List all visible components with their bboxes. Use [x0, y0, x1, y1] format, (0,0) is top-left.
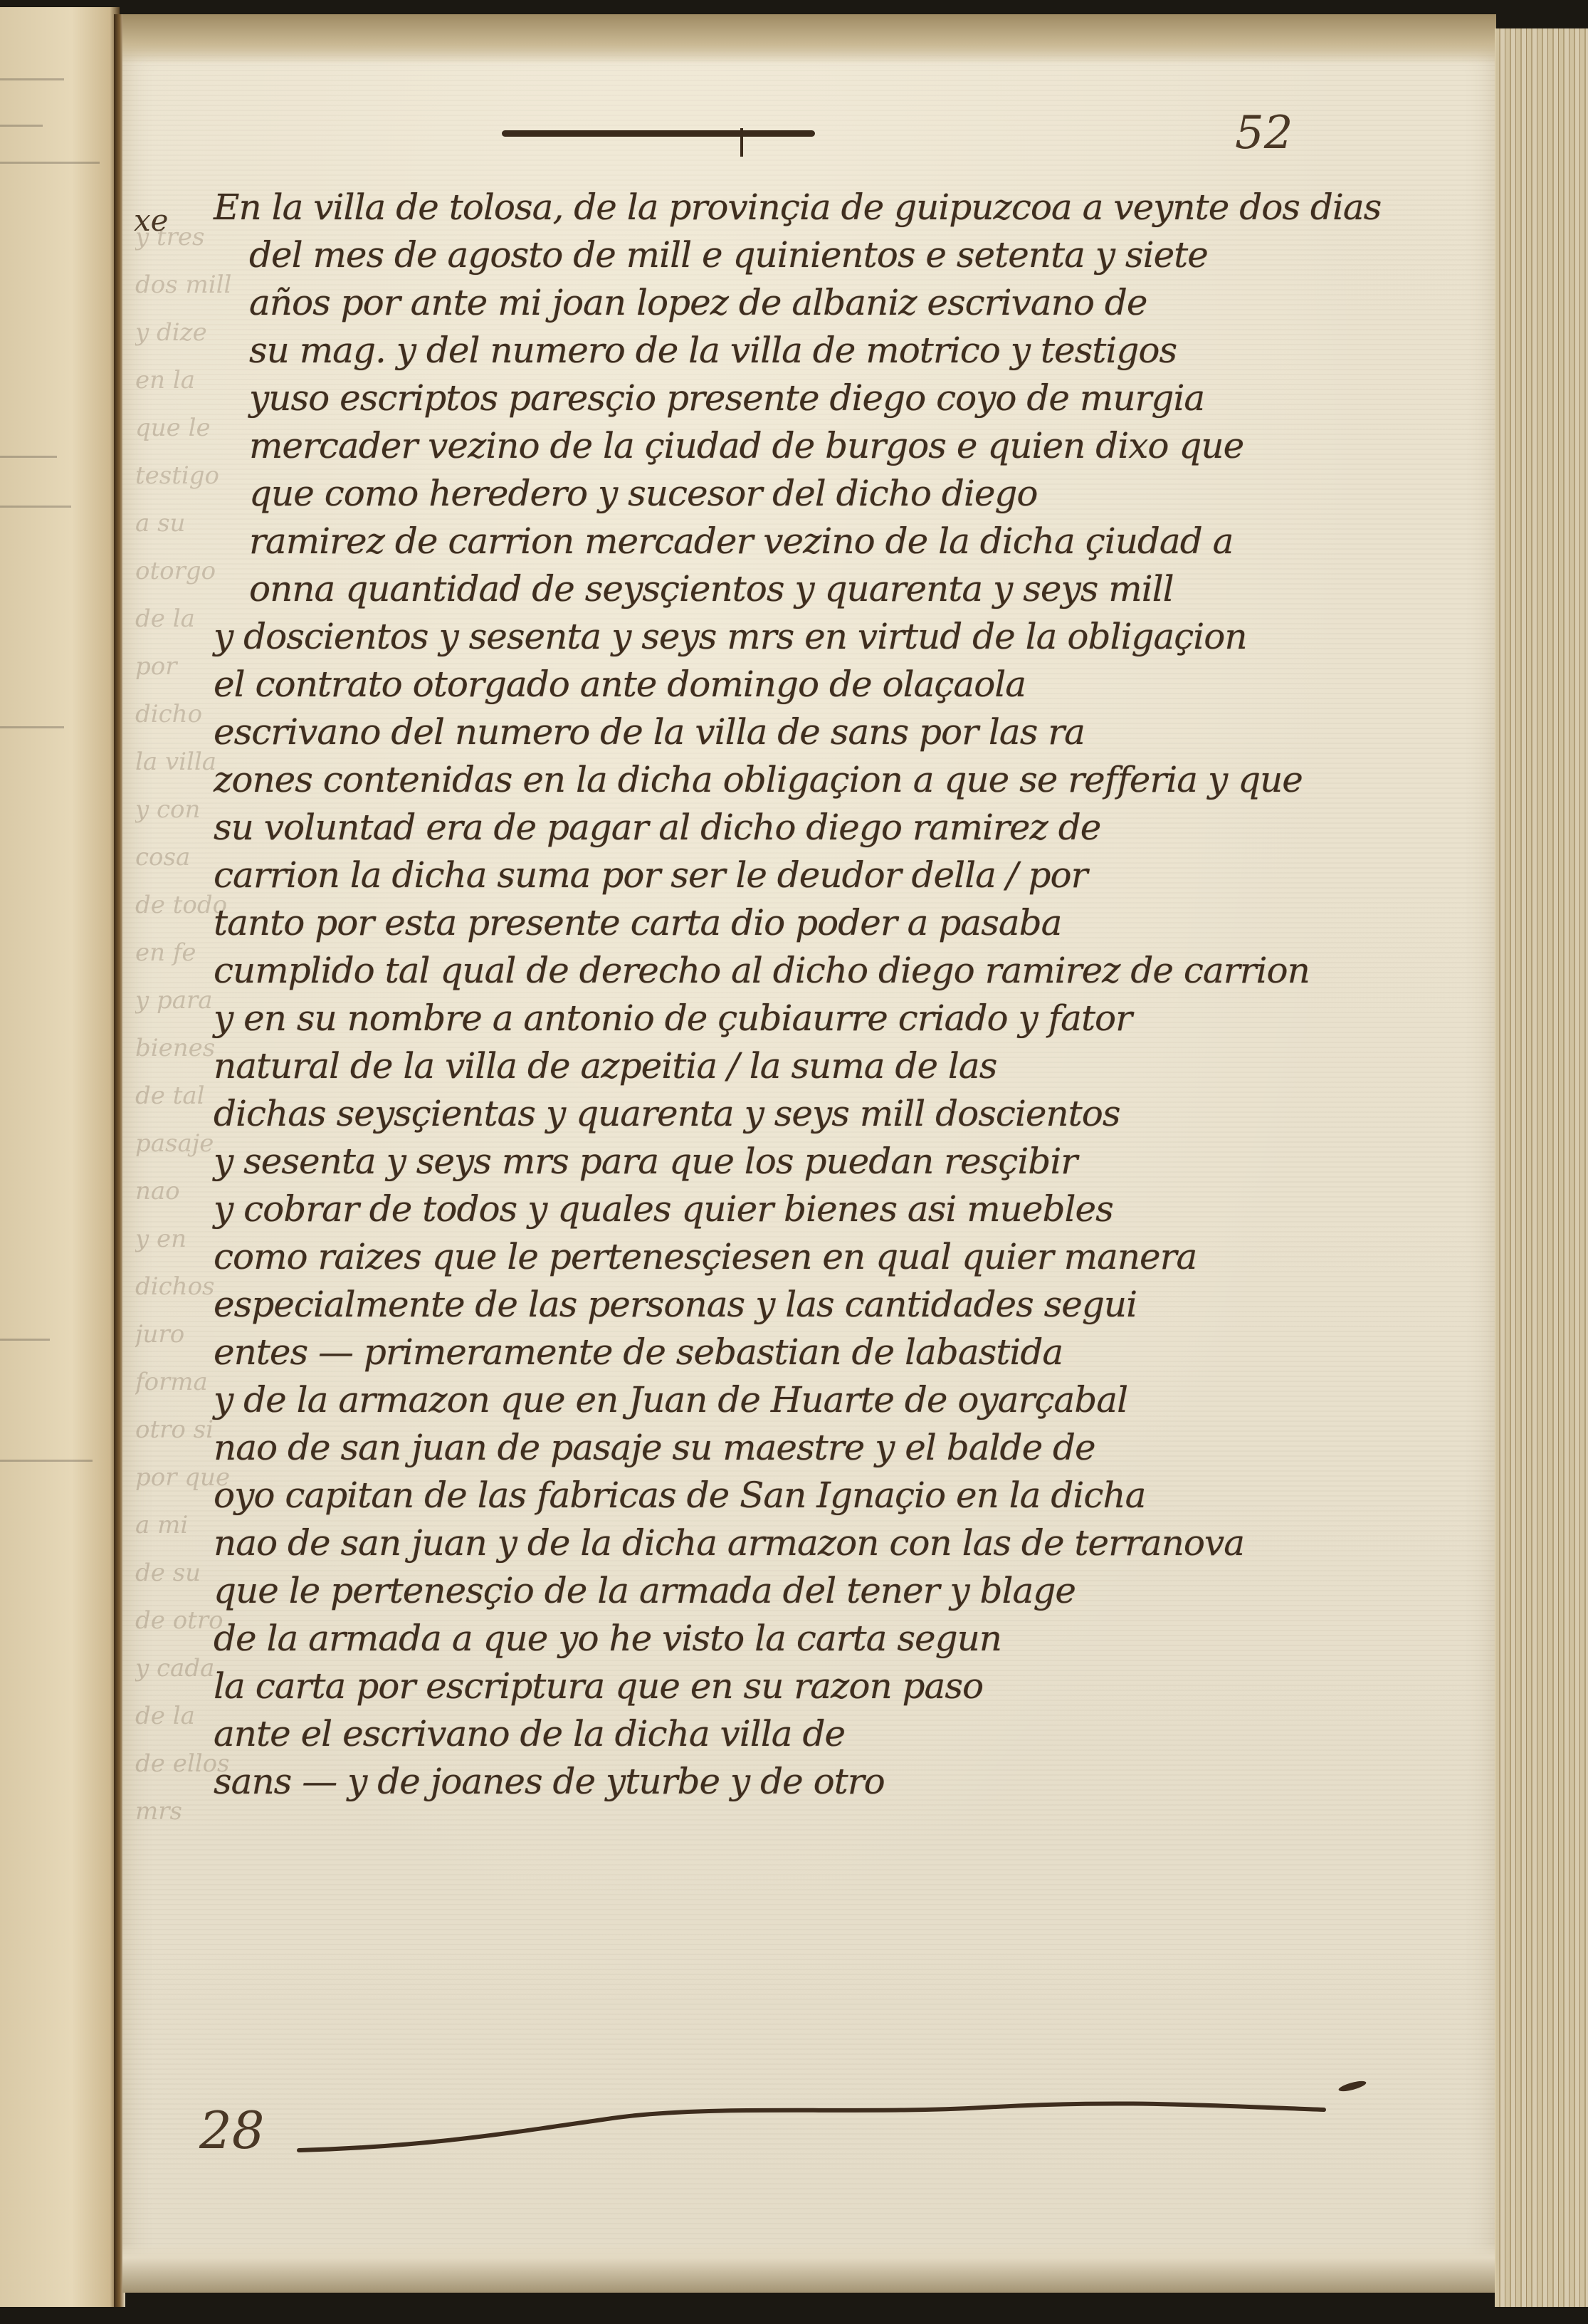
facing-page-ink-trace [0, 1339, 50, 1341]
manuscript-line: y en su nombre a antonio de çubiaurre cr… [214, 995, 1466, 1042]
facing-page-ink-trace [0, 1460, 93, 1462]
header-decorative-rule [502, 130, 815, 137]
manuscript-line: En la villa de tolosa, de la provinçia d… [214, 184, 1466, 231]
manuscript-line: especialmente de las personas y las cant… [214, 1281, 1466, 1329]
manuscript-line: natural de la villa de azpeitia / la sum… [214, 1042, 1466, 1090]
bottom-catchword-number: 28 [199, 2100, 265, 2160]
manuscript-line: y cobrar de todos y quales quier bienes … [214, 1185, 1466, 1233]
manuscript-line: ramirez de carrion mercader vezino de la… [214, 518, 1466, 565]
manuscript-line: oyo capitan de las fabricas de San Ignaç… [214, 1472, 1466, 1519]
manuscript-line: onna quantidad de seysçientos y quarenta… [214, 565, 1466, 613]
manuscript-line: como raizes que le pertenesçiesen en qua… [214, 1233, 1466, 1281]
manuscript-line: y sesenta y seys mrs para que los puedan… [214, 1138, 1466, 1185]
manuscript-line: yuso escriptos paresçio presente diego c… [214, 375, 1466, 422]
facing-page-ink-trace [0, 726, 64, 728]
manuscript-line: del mes de agosto de mill e quinientos e… [214, 231, 1466, 279]
manuscript-line: dichas seysçientas y quarenta y seys mil… [214, 1090, 1466, 1138]
manuscript-line: su voluntad era de pagar al dicho diego … [214, 804, 1466, 852]
folio-number: 52 [1235, 107, 1293, 159]
manuscript-line: el contrato otorgado ante domingo de ola… [214, 661, 1466, 708]
manuscript-line: su mag. y del numero de la villa de motr… [214, 327, 1466, 375]
header-rule-tick [740, 128, 743, 157]
manuscript-line: carrion la dicha suma por ser le deudor … [214, 852, 1466, 899]
manuscript-line: que le pertenesçio de la armada del tene… [214, 1567, 1466, 1615]
manuscript-line: la carta por escriptura que en su razon … [214, 1663, 1466, 1710]
manuscript-line: y doscientos y sesenta y seys mrs en vir… [214, 613, 1466, 661]
folio-top-edge-damage [122, 14, 1496, 64]
facing-page-ink-trace [0, 506, 71, 508]
facing-page-ink-trace [0, 78, 64, 80]
manuscript-line: zones contenidas en la dicha obligaçion … [214, 756, 1466, 804]
manuscript-line: años por ante mi joan lopez de albaniz e… [214, 279, 1466, 327]
manuscript-line: cumplido tal qual de derecho al dicho di… [214, 947, 1466, 995]
folio-bottom-edge [122, 2243, 1496, 2293]
manuscript-line: que como heredero y sucesor del dicho di… [214, 470, 1466, 518]
facing-page-left [0, 7, 120, 2307]
manuscript-line: y de la armazon que en Juan de Huarte de… [214, 1376, 1466, 1424]
manuscript-line: tanto por esta presente carta dio poder … [214, 899, 1466, 947]
manuscript-line: ante el escrivano de la dicha villa de [214, 1710, 1466, 1758]
facing-page-ink-trace [0, 456, 57, 458]
manuscript-line: mercader vezino de la çiudad de burgos e… [214, 422, 1466, 470]
manuscript-text-block: En la villa de tolosa, de la provinçia d… [214, 184, 1466, 1806]
manuscript-line: nao de san juan y de la dicha armazon co… [214, 1519, 1466, 1567]
page-stack-fore-edge [1495, 28, 1588, 2307]
manuscript-line: entes — primeramente de sebastian de lab… [214, 1329, 1466, 1376]
closing-flourish [214, 2090, 1352, 2168]
manuscript-line: de la armada a que yo he visto la carta … [214, 1615, 1466, 1663]
facing-page-ink-trace [0, 162, 100, 164]
manuscript-line: nao de san juan de pasaje su maestre y e… [214, 1424, 1466, 1472]
manuscript-scan: 52 xe y tres dos mill y dize en la que l… [0, 0, 1588, 2324]
facing-page-ink-trace [0, 125, 43, 127]
manuscript-line: escrivano del numero de la villa de sans… [214, 708, 1466, 756]
manuscript-line: sans — y de joanes de yturbe y de otro [214, 1758, 1466, 1806]
